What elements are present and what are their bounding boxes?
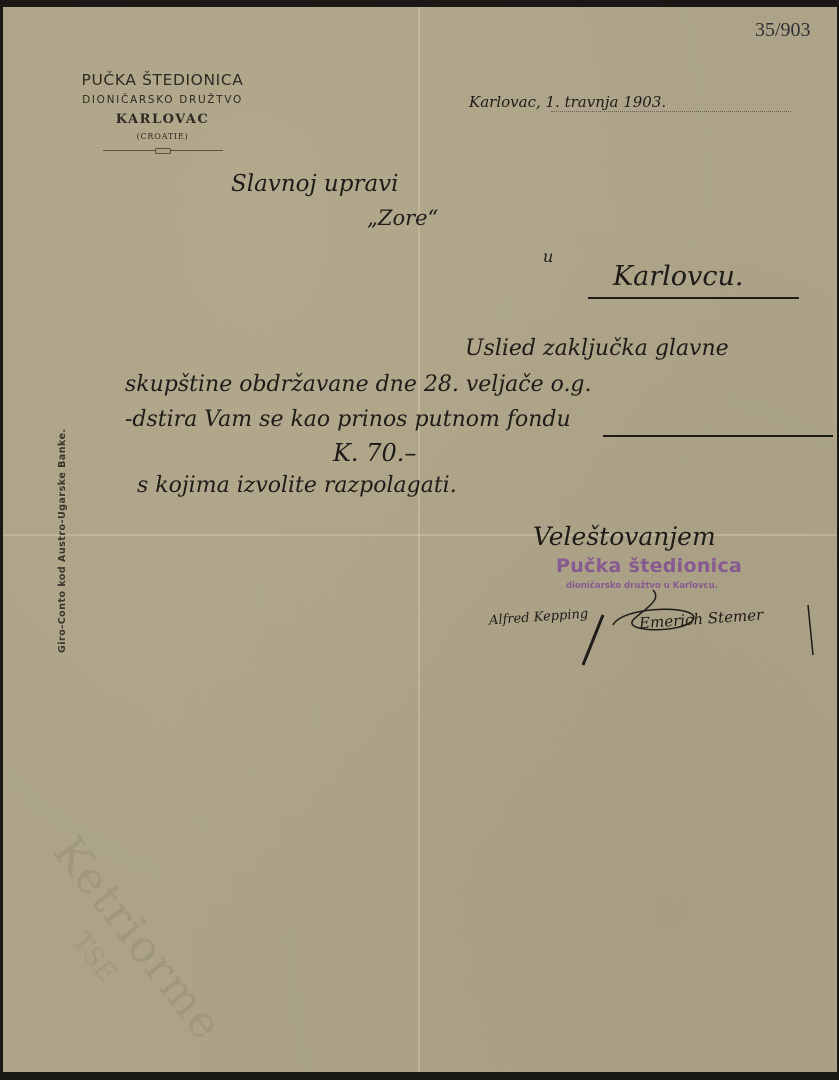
recipient-preposition: u: [543, 247, 553, 266]
amount: K. 70.–: [333, 439, 416, 467]
letter-paper: Ketriorme TSE PUČKA ŠTEDIONICA DIONIČARS…: [3, 7, 837, 1072]
signature-flourish: [563, 585, 823, 675]
letterhead-company-type: DIONIČARSKO DRUŽTVO: [55, 94, 270, 106]
giro-account-note: Giro-Conto kod Austro-Ugarske Banke.: [57, 428, 68, 653]
letterhead-bank-name: PUČKA ŠTEDIONICA: [55, 71, 270, 89]
body-line-3: -dstira Vam se kao prinos putnom fondu: [125, 407, 571, 432]
paper-watermark: Ketriorme: [43, 827, 233, 1051]
fund-underline: [603, 435, 833, 437]
recipient-line-1: Slavnoj upravi: [231, 171, 399, 197]
letterhead-ornament-rule: [103, 150, 223, 151]
recipient-line-2: „Zore“: [367, 206, 438, 230]
city-underline: [588, 297, 799, 299]
closing-salutation: Veleštovanjem: [533, 522, 716, 551]
body-line-4: s kojima izvolite razpolagati.: [137, 473, 457, 498]
stamp-line-1: Pučka štedionica: [556, 555, 742, 577]
letterhead-country: (CROATIE): [55, 132, 270, 141]
body-line-1: Uslied zaključka glavne: [465, 336, 729, 361]
archive-number: 35/903: [755, 19, 811, 42]
place-and-date: Karlovac, 1. travnja 1903.: [469, 93, 666, 111]
date-dotted-line: [551, 111, 791, 112]
letterhead: PUČKA ŠTEDIONICA DIONIČARSKO DRUŽTVO KAR…: [55, 71, 270, 151]
letterhead-city: KARLOVAC: [55, 112, 270, 127]
recipient-city: Karlovcu.: [613, 261, 743, 292]
vertical-fold-line: [418, 7, 420, 1072]
body-line-2: skupštine obdržavane dne 28. veljače o.g…: [125, 372, 592, 397]
